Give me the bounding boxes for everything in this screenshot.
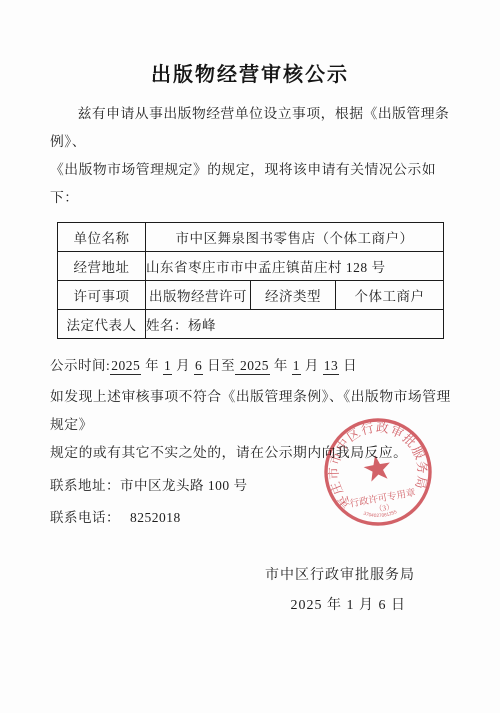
- objection-instructions: 如发现上述审核事项不符合《出版管理条例》、《出版物市场管理规定》 规定的或有其它…: [50, 383, 460, 467]
- applicant-info-table: 单位名称 市中区舞泉图书零售店（个体工商户） 经营地址 山东省枣庄市市中孟庄镇苗…: [57, 222, 444, 339]
- business-address-label: 经营地址: [58, 252, 146, 281]
- contact-phone-line: 联系电话：8252018: [50, 507, 460, 529]
- period-end-year: 2025: [235, 358, 270, 375]
- period-end-day: 13: [323, 358, 340, 375]
- period-text: 年: [141, 358, 163, 373]
- period-text: 月: [172, 358, 194, 373]
- table-row-permit: 许可事项 出版物经营许可 经济类型 个体工商户: [58, 281, 444, 310]
- contact-phone-value: 8252018: [130, 510, 181, 525]
- period-end-month: 1: [292, 358, 301, 375]
- permit-item-value: 出版物经营许可: [146, 281, 251, 310]
- table-row-unit-name: 单位名称 市中区舞泉图书零售店（个体工商户）: [58, 223, 444, 252]
- page-title: 出版物经营审核公示: [0, 62, 500, 88]
- announcement-document: 出版物经营审核公示 兹有申请从事出版物经营单位设立事项，根据《出版管理条例》、 …: [0, 0, 500, 713]
- legal-rep-value: 姓名：杨峰: [146, 310, 444, 339]
- period-text: 日至: [203, 358, 235, 373]
- contact-address-line: 联系地址：市中区龙头路 100 号: [50, 475, 460, 497]
- contact-address-label: 联系地址：: [50, 478, 120, 493]
- period-text: 月: [301, 358, 323, 373]
- period-start-day: 6: [194, 358, 203, 375]
- contact-phone-label: 联系电话：: [50, 510, 120, 525]
- period-text: 日: [339, 358, 357, 373]
- intro-paragraph: 兹有申请从事出版物经营单位设立事项，根据《出版管理条例》、 《出版物市场管理规定…: [50, 100, 452, 212]
- business-address-value: 山东省枣庄市市中孟庄镇苗庄村 128 号: [146, 252, 444, 281]
- publicity-period-label: 公示时间:: [50, 358, 110, 373]
- period-start-year: 2025: [110, 358, 141, 375]
- period-text: 年: [270, 358, 292, 373]
- table-row-legal-rep: 法定代表人 姓名：杨峰: [58, 310, 444, 339]
- legal-rep-label: 法定代表人: [58, 310, 146, 339]
- table-row-business-address: 经营地址 山东省枣庄市市中孟庄镇苗庄村 128 号: [58, 252, 444, 281]
- issuing-authority: 市中区行政审批服务局: [0, 565, 500, 587]
- economy-type-label: 经济类型: [251, 281, 336, 310]
- permit-item-label: 许可事项: [58, 281, 146, 310]
- unit-name-value: 市中区舞泉图书零售店（个体工商户）: [146, 223, 444, 252]
- unit-name-label: 单位名称: [58, 223, 146, 252]
- contact-address-value: 市中区龙头路 100 号: [120, 478, 248, 493]
- period-start-month: 1: [163, 358, 172, 375]
- publicity-period-line: 公示时间:2025 年 1 月 6 日至 2025 年 1 月 13 日: [50, 355, 460, 377]
- economy-type-value: 个体工商户: [336, 281, 444, 310]
- issue-date: 2025 年 1 月 6 日: [0, 595, 500, 617]
- signature-block: 市中区行政审批服务局 2025 年 1 月 6 日: [0, 565, 500, 617]
